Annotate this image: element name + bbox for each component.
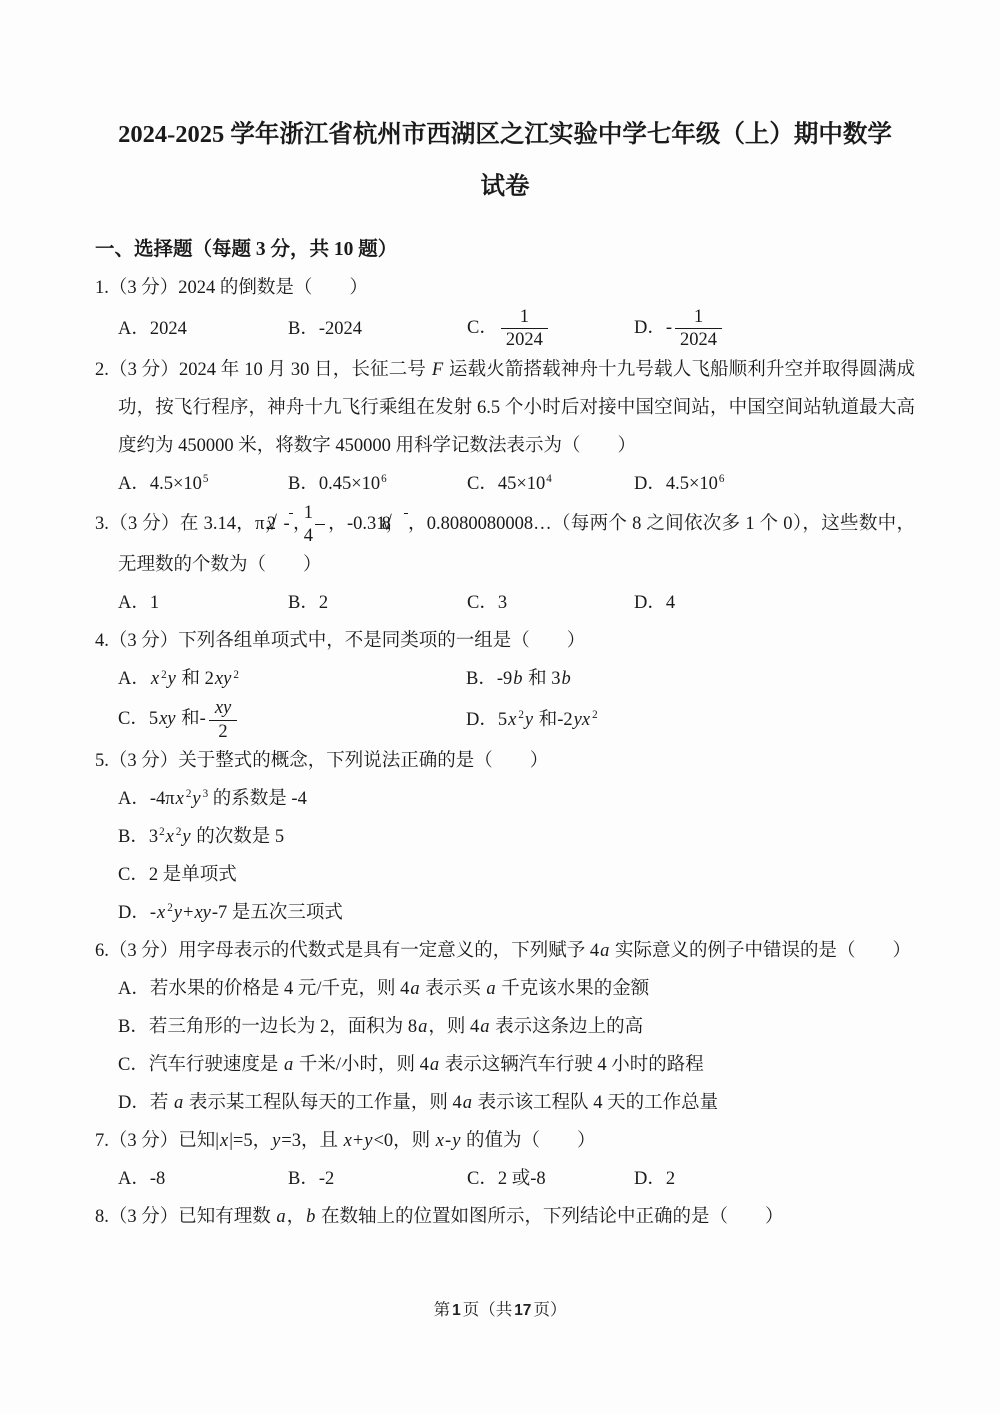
question-4-options: A．x2y 和 2xy2 B．-9b 和 3b C．5xy 和-xy2 D．5x…: [95, 660, 915, 742]
footer-middle: 页（共: [463, 1300, 513, 1319]
option-c: C．2 是单项式: [118, 856, 915, 894]
option-b: B．-9b 和 3b: [466, 660, 915, 698]
question-6-options: A．若水果的价格是 4 元/千克，则 4a 表示买 a 千克该水果的金额 B．若…: [95, 970, 915, 1122]
option-d: D．2: [634, 1160, 915, 1198]
option-d: D．5x2y 和-2yx2: [466, 701, 915, 739]
question-7: 7.（3 分）已知|x|=5，y=3，且 x+y<0，则 x-y 的值为（ ） …: [95, 1122, 915, 1198]
option-b: B．2: [288, 584, 467, 622]
option-b: B．若三角形的一边长为 2，面积为 8a，则 4a 表示这条边上的高: [118, 1008, 915, 1046]
question-3: 3.（3 分）在 3.14，π，-√2，14，-0.31，√8，0.808008…: [95, 503, 915, 623]
question-5-stem: 5.（3 分）关于整式的概念，下列说法正确的是（ ）: [95, 742, 915, 780]
option-d: D．4.5×106: [634, 465, 915, 503]
option-a: A．-4πx2y3 的系数是 -4: [118, 780, 915, 818]
section-heading-choice: 一、选择题（每题 3 分，共 10 题）: [95, 231, 915, 269]
option-d: D．-x2y+xy-7 是五次三项式: [118, 894, 915, 932]
question-5: 5.（3 分）关于整式的概念，下列说法正确的是（ ） A．-4πx2y3 的系数…: [95, 742, 915, 932]
question-4: 4.（3 分）下列各组单项式中，不是同类项的一组是（ ） A．x2y 和 2xy…: [95, 622, 915, 742]
option-c: C．5xy 和-xy2: [118, 698, 466, 742]
question-1: 1.（3 分）2024 的倒数是（ ） A．2024 B．-2024 C．120…: [95, 269, 915, 351]
title-line-1: 2024-2025 学年浙江省杭州市西湖区之江实验中学七年级（上）期中数学: [95, 118, 915, 151]
question-8: 8.（3 分）已知有理数 a，b 在数轴上的位置如图所示，下列结论中正确的是（ …: [95, 1198, 915, 1236]
page-number: 1: [450, 1302, 463, 1319]
option-d: D．4: [634, 584, 915, 622]
option-a: A．-8: [118, 1160, 288, 1198]
option-a: A．若水果的价格是 4 元/千克，则 4a 表示买 a 千克该水果的金额: [118, 970, 915, 1008]
option-d: D．若 a 表示某工程队每天的工作量，则 4a 表示该工程队 4 天的工作总量: [118, 1084, 915, 1122]
page-footer: 第1页（共17页）: [0, 1298, 1000, 1323]
option-a: A．1: [118, 584, 288, 622]
question-5-options: A．-4πx2y3 的系数是 -4 B．32x2y 的次数是 5 C．2 是单项…: [95, 780, 915, 932]
question-7-options: A．-8 B．-2 C．2 或-8 D．2: [95, 1160, 915, 1198]
option-d: D．-12024: [634, 307, 915, 351]
option-a: A．x2y 和 2xy2: [118, 660, 466, 698]
page-content: 2024-2025 学年浙江省杭州市西湖区之江实验中学七年级（上）期中数学 试卷…: [95, 0, 915, 1236]
title-line-2: 试卷: [95, 170, 915, 203]
question-2: 2.（3 分）2024 年 10 月 30 日，长征二号 F 运载火箭搭载神舟十…: [95, 351, 915, 503]
option-b: B．-2024: [288, 310, 467, 348]
option-c: C．12024: [467, 307, 634, 351]
footer-prefix: 第: [434, 1300, 451, 1319]
question-2-options: A．4.5×105 B．0.45×106 C．45×104 D．4.5×106: [95, 465, 915, 503]
question-2-stem: 2.（3 分）2024 年 10 月 30 日，长征二号 F 运载火箭搭载神舟十…: [95, 351, 915, 465]
option-b: B．-2: [288, 1160, 467, 1198]
option-c: C．45×104: [467, 465, 634, 503]
option-c: C．汽车行驶速度是 a 千米/小时，则 4a 表示这辆汽车行驶 4 小时的路程: [118, 1046, 915, 1084]
question-4-stem: 4.（3 分）下列各组单项式中，不是同类项的一组是（ ）: [95, 622, 915, 660]
question-1-options: A．2024 B．-2024 C．12024 D．-12024: [95, 307, 915, 351]
question-6-stem: 6.（3 分）用字母表示的代数式是具有一定意义的，下列赋予 4a 实际意义的例子…: [95, 932, 915, 970]
question-1-stem: 1.（3 分）2024 的倒数是（ ）: [95, 269, 915, 307]
total-pages: 17: [512, 1302, 533, 1319]
option-b: B．32x2y 的次数是 5: [118, 818, 915, 856]
question-6: 6.（3 分）用字母表示的代数式是具有一定意义的，下列赋予 4a 实际意义的例子…: [95, 932, 915, 1122]
option-b: B．0.45×106: [288, 465, 467, 503]
question-7-stem: 7.（3 分）已知|x|=5，y=3，且 x+y<0，则 x-y 的值为（ ）: [95, 1122, 915, 1160]
page-title: 2024-2025 学年浙江省杭州市西湖区之江实验中学七年级（上）期中数学 试卷: [95, 0, 915, 203]
question-8-stem: 8.（3 分）已知有理数 a，b 在数轴上的位置如图所示，下列结论中正确的是（ …: [95, 1198, 915, 1236]
question-3-stem: 3.（3 分）在 3.14，π，-√2，14，-0.31，√8，0.808008…: [95, 503, 915, 585]
option-c: C．2 或-8: [467, 1160, 634, 1198]
exam-page: 2024-2025 学年浙江省杭州市西湖区之江实验中学七年级（上）期中数学 试卷…: [0, 0, 1000, 1414]
footer-suffix: 页）: [533, 1300, 566, 1319]
option-a: A．4.5×105: [118, 465, 288, 503]
option-a: A．2024: [118, 310, 288, 348]
option-c: C．3: [467, 584, 634, 622]
question-3-options: A．1 B．2 C．3 D．4: [95, 584, 915, 622]
